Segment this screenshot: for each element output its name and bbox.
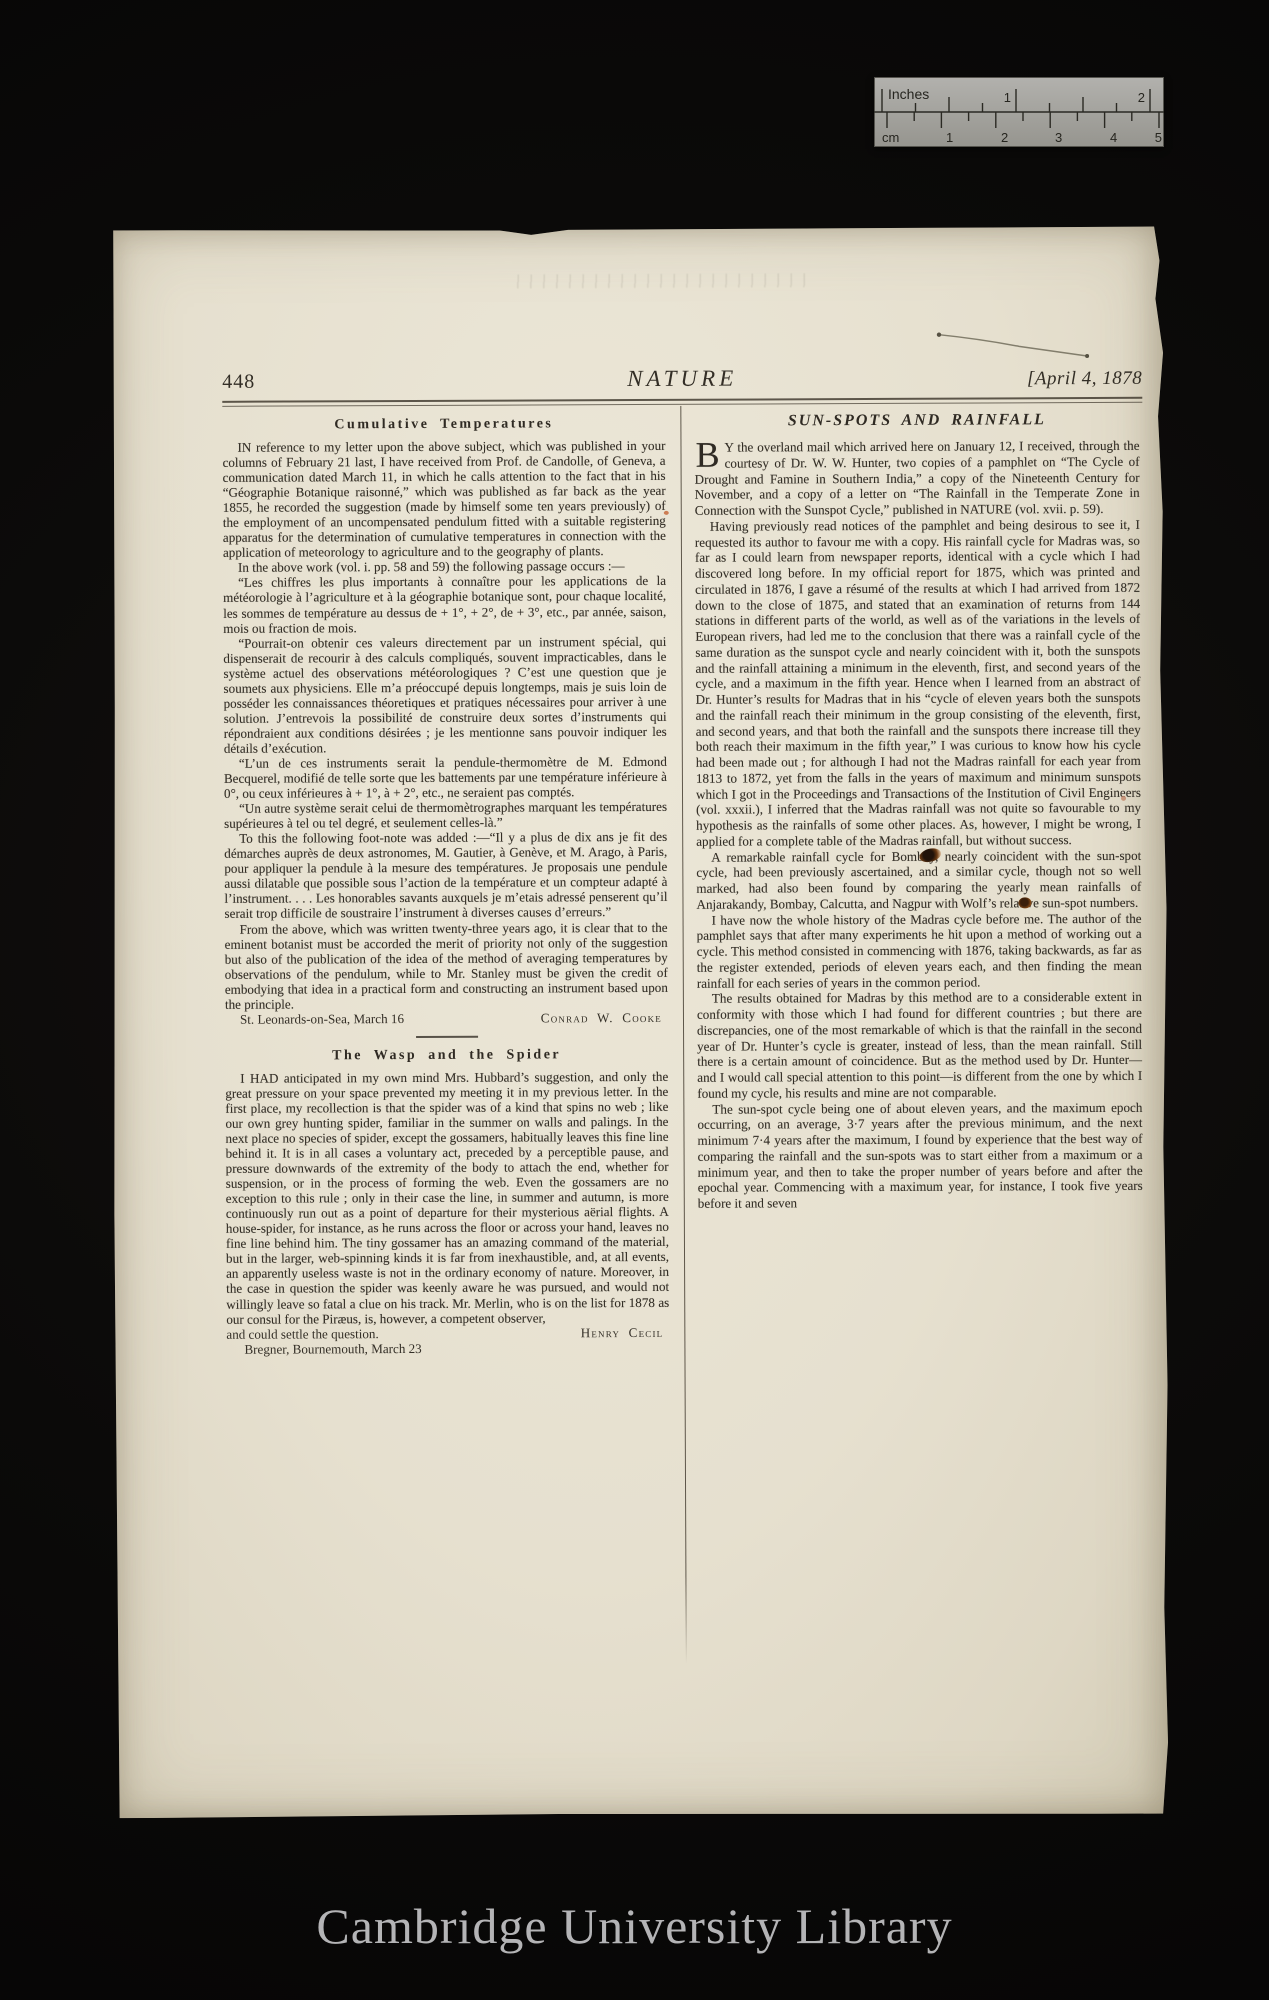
closing-line: and could settle the question. bbox=[226, 1326, 378, 1342]
page-columns: Cumulative Temperatures IN reference to … bbox=[222, 404, 1147, 1666]
scan-background: Inches 1 2 cm 1 2 3 4 5 448 NATURE [Apri… bbox=[0, 0, 1269, 2000]
signature-place: St. Leonards-on-Sea, March 16 bbox=[225, 1011, 404, 1027]
ruler-cm-number: 3 bbox=[1055, 130, 1062, 145]
article-title-cumulative-temperatures: Cumulative Temperatures bbox=[222, 416, 665, 434]
paragraph: “Les chiffres les plus importants à conn… bbox=[223, 573, 666, 635]
signature-name: Henry Cecil bbox=[581, 1325, 670, 1340]
journal-title: NATURE bbox=[627, 366, 737, 392]
ruler-cm-number: 4 bbox=[1110, 130, 1117, 145]
page-number: 448 bbox=[222, 369, 627, 394]
paragraph: From the above, which was written twenty… bbox=[225, 919, 668, 1011]
paragraph: The sun-spot cycle being one of about el… bbox=[697, 1099, 1142, 1211]
ruler-cm-number: 1 bbox=[946, 130, 953, 145]
pen-mark bbox=[935, 324, 1095, 365]
letter-dateline: Bregner, Bournemouth, March 23 bbox=[226, 1340, 669, 1357]
ink-blot bbox=[1121, 796, 1126, 801]
ink-blot bbox=[1018, 897, 1031, 908]
paragraph: “Pourrait-on obtenir ces valeurs directe… bbox=[223, 633, 667, 755]
article-title-wasp-and-spider: The Wasp and the Spider bbox=[225, 1047, 668, 1065]
library-watermark: Cambridge University Library bbox=[0, 1897, 1269, 1955]
ruler-inch-number: 2 bbox=[1138, 90, 1145, 105]
opening-paragraph: BY the overland mail which arrived here … bbox=[694, 438, 1139, 519]
right-column: SUN-SPOTS AND RAINFALL BY the overland m… bbox=[694, 404, 1144, 1664]
paragraph: The results obtained for Madras by this … bbox=[697, 989, 1142, 1101]
page-header: 448 NATURE [April 4, 1878 bbox=[222, 364, 1142, 394]
journal-page: 448 NATURE [April 4, 1878 Cumulative Tem… bbox=[110, 226, 1171, 1819]
column-divider bbox=[680, 406, 686, 1664]
article-divider bbox=[416, 1036, 478, 1038]
ruler-cm-number: 2 bbox=[1001, 130, 1008, 145]
ruler-inches-label: Inches bbox=[888, 86, 929, 102]
letter-signature-row: and could settle the question. Henry Cec… bbox=[226, 1325, 669, 1342]
paragraph: To this the following foot-note was adde… bbox=[224, 829, 667, 921]
paragraph: “L’un de ces instruments serait la pendu… bbox=[224, 754, 667, 801]
paragraph: IN reference to my letter upon the above… bbox=[222, 438, 666, 560]
drop-cap: B bbox=[694, 440, 724, 469]
pencil-smudge bbox=[512, 273, 812, 288]
signature-name: Conrad W. Cooke bbox=[541, 1010, 668, 1026]
issue-date: [April 4, 1878 bbox=[737, 368, 1142, 392]
paragraph: I have now the whole history of the Madr… bbox=[697, 910, 1142, 991]
ruler-cm-number: 5 bbox=[1155, 130, 1162, 145]
letter-signature-row: St. Leonards-on-Sea, March 16 Conrad W. … bbox=[225, 1010, 668, 1027]
opening-paragraph-text: Y the overland mail which arrived here o… bbox=[695, 438, 1140, 518]
measurement-ruler: Inches 1 2 cm 1 2 3 4 5 bbox=[874, 77, 1164, 147]
paragraph: Having previously read notices of the pa… bbox=[695, 517, 1141, 850]
paragraph: I HAD anticipated in my own mind Mrs. Hu… bbox=[225, 1069, 669, 1327]
ruler-inch-number: 1 bbox=[1004, 90, 1011, 105]
left-column: Cumulative Temperatures IN reference to … bbox=[222, 406, 670, 1666]
ruler-cm-label: cm bbox=[882, 130, 899, 145]
article-title-sunspots-and-rainfall: SUN-SPOTS AND RAINFALL bbox=[694, 411, 1139, 431]
ink-fleck bbox=[664, 511, 669, 515]
paragraph: “Un autre système serait celui de thermo… bbox=[224, 799, 667, 831]
